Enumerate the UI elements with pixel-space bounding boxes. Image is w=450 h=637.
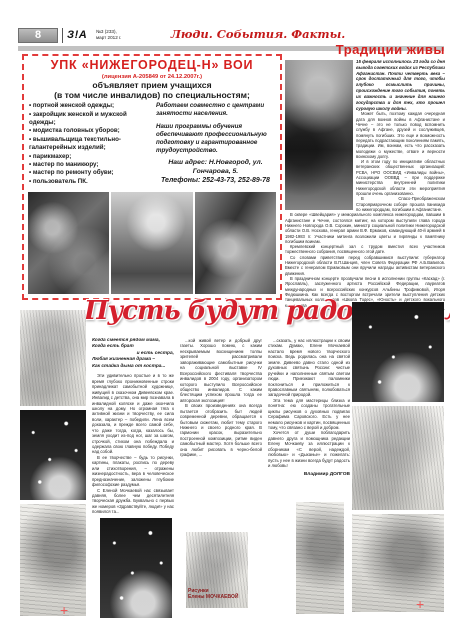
- specialty-item: закройщик женской и мужской одежды;: [29, 111, 152, 128]
- photo-memorial-crowd: [285, 60, 353, 210]
- traditions-title: Традиции живы: [285, 42, 445, 57]
- photo-wheelchair-workshop: [111, 192, 192, 294]
- upk-columns: портной женской одежды; закройщик женско…: [29, 102, 275, 186]
- upk-note-2: Наши программы обучения обеспечивают про…: [156, 123, 275, 155]
- drawing-figure-on-planet: [100, 518, 172, 618]
- issue-info: №3 (233), март 2012 г.: [96, 29, 121, 41]
- joy-paragraph: В ее творчестве – будь то рисунки, карти…: [92, 455, 174, 488]
- left-illustration-strip: [20, 310, 86, 620]
- specialty-item: модистка головных уборов;: [29, 127, 152, 135]
- joy-paragraph: Эта тема для мастерицы близка и понятна:…: [268, 398, 350, 431]
- joy-paragraph: ...кой живой ветер и добрый друг газеты.…: [180, 338, 262, 403]
- upk-photo-strip: [28, 192, 276, 294]
- page-number: 8: [18, 28, 58, 43]
- photo-hairdressing-training: [28, 192, 109, 294]
- joy-column-2: ...кой живой ветер и добрый друг газеты.…: [180, 338, 262, 520]
- drawing-pegasus-fairy: [20, 410, 86, 500]
- traditions-paragraph: В сквере «Швейцария» у мемориального ком…: [285, 212, 445, 244]
- epigraph-line: Как стайка дыма от костра...: [92, 364, 174, 370]
- drawing-folk-dress-woman: [352, 406, 444, 510]
- joy-paragraph: В своих произведениях она всегда пытаетс…: [180, 403, 262, 457]
- joy-article-columns: Когда смеется рядом мама, Когда есть бра…: [92, 338, 350, 520]
- joy-epigraph: Когда смеется рядом мама, Когда есть бра…: [92, 338, 174, 370]
- joy-paragraph: Эти удивительно простые и в то же время …: [92, 373, 174, 455]
- illustrations-caption: Рисунки Елены МОЧКАЕВОЙ: [188, 588, 258, 601]
- specialty-item: портной женской одежды;: [29, 102, 152, 110]
- upk-notes: Работаем совместно с центрами занятости …: [152, 102, 275, 186]
- upk-specialties-list: портной женской одежды; закройщик женско…: [29, 102, 152, 186]
- drawing-trees-town: [296, 502, 344, 614]
- upk-title: УПК «НИЖЕГОРОДЕЦ-Н» ВОИ: [29, 59, 275, 73]
- upk-note-1: Работаем совместно с центрами занятости …: [156, 102, 275, 118]
- joy-paragraph: ...сказать, у нас иллюстрации к своим ст…: [268, 338, 350, 398]
- upk-phones: Телефоны: 252-43-73, 252-89-78: [156, 176, 275, 185]
- right-illustration-strip: [352, 302, 444, 616]
- upk-ad-box: УПК «НИЖЕГОРОДЕЦ-Н» ВОИ (лицензия А-2058…: [22, 54, 282, 300]
- joy-column-3: ...сказать, у нас иллюстрации к своим ст…: [268, 338, 350, 520]
- specialty-item: вышивальщица текстильно-галантерейных из…: [29, 136, 152, 153]
- caption-line: Елены МОЧКАЕВОЙ: [188, 594, 258, 600]
- photo-manicure-training: [195, 192, 276, 294]
- upk-address: Наш адрес: Н.Новгород, ул. Гончарова, 5.: [156, 159, 275, 177]
- joy-column-1: Когда смеется рядом мама, Когда есть бра…: [92, 338, 174, 520]
- traditions-paragraph: Со словами приветствия перед собравшимис…: [285, 255, 445, 276]
- newspaper-logo: З!А: [67, 29, 87, 41]
- newspaper-page: 8 З!А №3 (233), март 2012 г. Люди. Событ…: [0, 0, 450, 637]
- upk-subtitle-1: объявляет прием учащихся: [29, 80, 275, 90]
- upk-subtitle-2: (в том числе инвалидов) по специальностя…: [29, 90, 275, 100]
- specialty-item: парикмахер;: [29, 153, 152, 161]
- specialty-item: пользователь ПК.: [29, 178, 152, 186]
- traditions-paragraph: Кремлевский концертный зал с трудом вмес…: [285, 244, 445, 255]
- header-divider: [62, 28, 63, 43]
- drawing-fisherman-domes: [352, 514, 444, 612]
- joy-signature: Владимир ДОЛГОВ: [268, 472, 350, 478]
- drawing-violinist-night: [352, 302, 444, 402]
- section-title: Люди. События. Факты.: [168, 27, 348, 41]
- joy-article-title: Пусть будут радость и любовь: [84, 296, 374, 334]
- upk-address-label: Наш адрес:: [168, 159, 207, 166]
- joy-paragraph: Хочется от души поблагодарить давнего др…: [268, 430, 350, 468]
- drawing-praying-monk: [20, 504, 86, 616]
- registration-mark-right: +: [416, 596, 424, 612]
- issue-date: март 2012 г.: [96, 35, 121, 41]
- specialty-item: мастер по маникюру;: [29, 161, 152, 169]
- drawing-forest-girl: [20, 310, 86, 406]
- joy-paragraph: С Еленой Мочкаевой нас связывает давняя,…: [92, 488, 174, 515]
- specialty-item: мастер по ремонту обуви;: [29, 169, 152, 177]
- traditions-article: Традиции живы 15 февраля исполнилось 23 …: [285, 42, 445, 310]
- registration-mark-left: +: [60, 602, 68, 618]
